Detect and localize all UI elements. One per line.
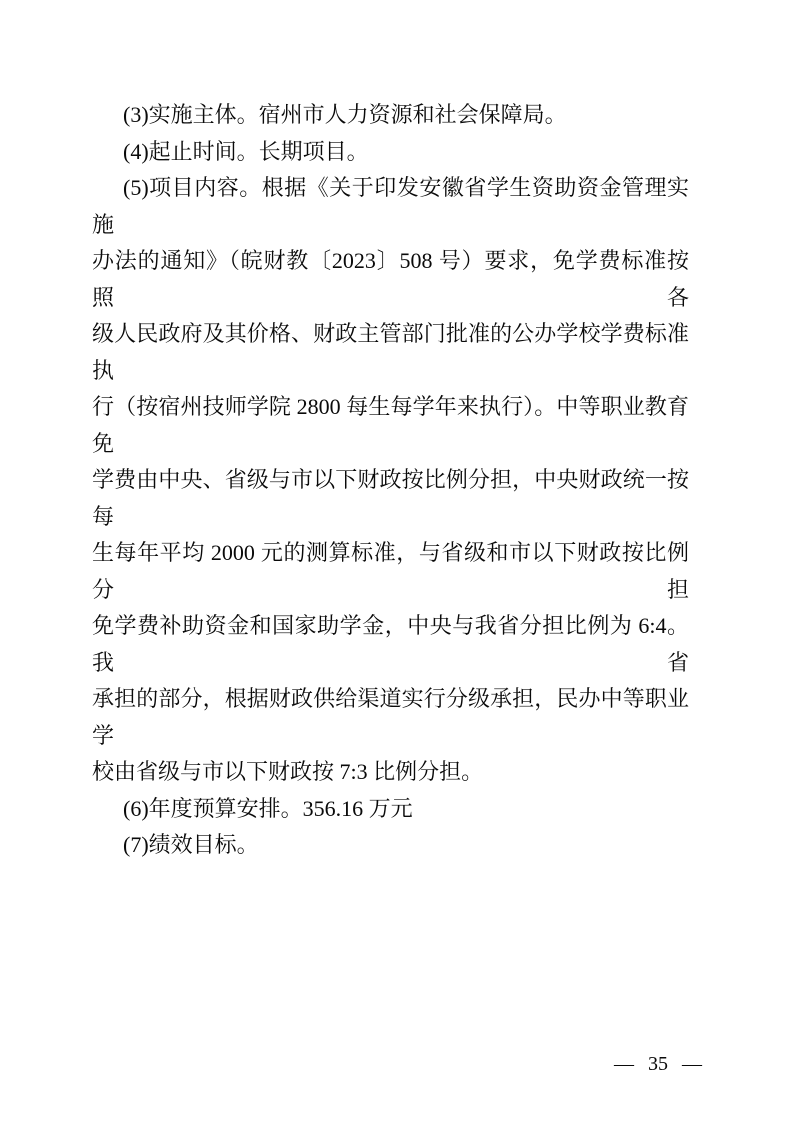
- text-line-item-7: (7)绩效目标。: [92, 827, 689, 864]
- text-line-item-5-8: 承担的部分，根据财政供给渠道实行分级承担，民办中等职业学: [92, 681, 689, 754]
- text-line-item-6: (6)年度预算安排。356.16 万元: [92, 791, 689, 828]
- page-number: — 35 —: [614, 1050, 702, 1078]
- text-line-item-5-3: 级人民政府及其价格、财政主管部门批准的公办学校学费标准执: [92, 316, 689, 389]
- text-line-item-3: (3)实施主体。宿州市人力资源和社会保障局。: [92, 97, 689, 134]
- text-line-item-5-9: 校由省级与市以下财政按 7:3 比例分担。: [92, 754, 689, 791]
- text-line-item-5-1: (5)项目内容。根据《关于印发安徽省学生资助资金管理实施: [92, 170, 689, 243]
- text-line-item-5-2: 办法的通知》（皖财教〔2023〕508 号）要求，免学费标准按照各: [92, 243, 689, 316]
- text-line-item-4: (4)起止时间。长期项目。: [92, 134, 689, 171]
- text-line-item-5-4: 行（按宿州技师学院 2800 每生每学年来执行）。中等职业教育免: [92, 389, 689, 462]
- text-line-item-5-6: 生每年平均 2000 元的测算标准，与省级和市以下财政按比例分担: [92, 535, 689, 608]
- text-line-item-5-7: 免学费补助资金和国家助学金，中央与我省分担比例为 6:4。我省: [92, 608, 689, 681]
- document-page: (3)实施主体。宿州市人力资源和社会保障局。 (4)起止时间。长期项目。 (5)…: [0, 0, 793, 1122]
- text-line-item-5-5: 学费由中央、省级与市以下财政按比例分担，中央财政统一按每: [92, 462, 689, 535]
- document-body: (3)实施主体。宿州市人力资源和社会保障局。 (4)起止时间。长期项目。 (5)…: [92, 97, 689, 864]
